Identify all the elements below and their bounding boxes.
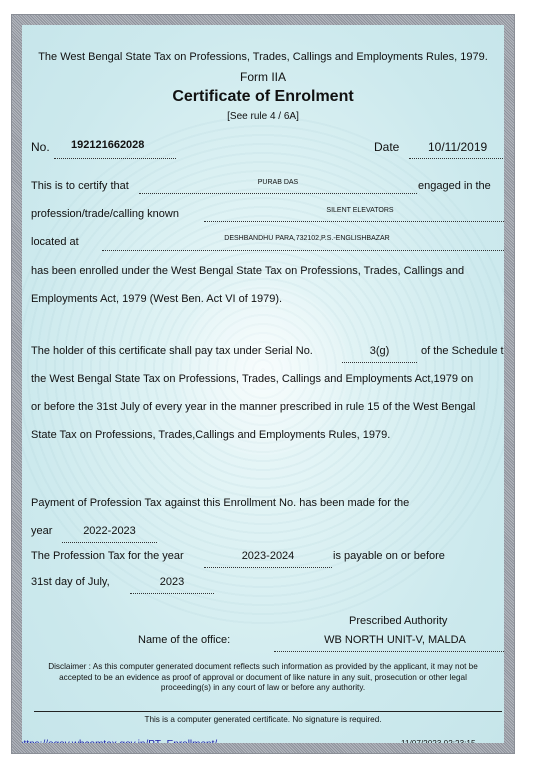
payable-year-underline bbox=[204, 567, 332, 568]
portal-link[interactable]: https://egov.wbcomtax.gov.in/PT_Enrollme… bbox=[22, 739, 217, 743]
payable-year-value: 2023-2024 bbox=[204, 550, 332, 562]
business-name: SILENT ELEVATORS bbox=[204, 207, 504, 214]
office-underline bbox=[274, 651, 504, 652]
office-label: Name of the office: bbox=[138, 634, 230, 646]
enrolled-text-line1: has been enrolled under the West Bengal … bbox=[31, 265, 464, 277]
business-address: DESHBANDHU PARA,732102,P.S.-ENGLISHBAZAR bbox=[102, 235, 504, 242]
certify-prefix: This is to certify that bbox=[31, 180, 129, 192]
enrolment-no-value: 192121662028 bbox=[71, 139, 144, 151]
form-number: Form IIA bbox=[22, 70, 504, 84]
serial-prefix: The holder of this certificate shall pay… bbox=[31, 345, 313, 357]
due-year-underline bbox=[130, 593, 214, 594]
serial-no-underline bbox=[342, 362, 417, 363]
enrolment-no-underline bbox=[54, 158, 176, 159]
certificate-border: The West Bengal State Tax on Professions… bbox=[11, 14, 515, 754]
generated-timestamp: 11/07/2023 02:23:15 bbox=[401, 739, 476, 743]
date-value: 10/11/2019 bbox=[428, 140, 487, 154]
payable-prefix: The Profession Tax for the year bbox=[31, 550, 184, 562]
prescribed-authority: Prescribed Authority bbox=[349, 615, 447, 627]
payment-text: Payment of Profession Tax against this E… bbox=[31, 497, 409, 509]
page-title: Certificate of Enrolment bbox=[22, 88, 504, 106]
rules-title: The West Bengal State Tax on Professions… bbox=[22, 51, 504, 63]
disclaimer-line3: proceeding(s) in any court of law or bef… bbox=[22, 683, 504, 694]
due-date-prefix: 31st day of July, bbox=[31, 576, 110, 588]
computer-generated-note: This is a computer generated certificate… bbox=[22, 715, 504, 724]
certify-suffix: engaged in the bbox=[418, 180, 491, 192]
date-underline bbox=[409, 158, 504, 159]
disclaimer-line1: Disclaimer : As this computer generated … bbox=[22, 662, 504, 673]
due-year-value: 2023 bbox=[130, 576, 214, 588]
location-label: located at bbox=[31, 236, 79, 248]
enrolment-no-label: No. bbox=[31, 140, 50, 154]
disclaimer: Disclaimer : As this computer generated … bbox=[22, 662, 504, 694]
date-label: Date bbox=[374, 140, 399, 154]
paid-year-value: 2022-2023 bbox=[62, 525, 157, 537]
paid-year-underline bbox=[62, 542, 157, 543]
business-address-underline bbox=[102, 250, 504, 251]
office-value: WB NORTH UNIT-V, MALDA bbox=[274, 634, 504, 646]
enrolled-text-line2: Employments Act, 1979 (West Ben. Act VI … bbox=[31, 293, 282, 305]
rule-reference: [See rule 4 / 6A] bbox=[22, 111, 504, 122]
holder-name-underline bbox=[139, 193, 417, 194]
holder-name: PURAB DAS bbox=[139, 179, 417, 186]
profession-label: profession/trade/calling known bbox=[31, 208, 179, 220]
serial-no-value: 3(g) bbox=[342, 345, 417, 357]
business-name-underline bbox=[204, 221, 504, 222]
holder-text-line3: or before the 31st July of every year in… bbox=[31, 401, 475, 413]
certificate-paper: The West Bengal State Tax on Professions… bbox=[22, 25, 504, 743]
payable-suffix: is payable on or before bbox=[333, 550, 445, 562]
holder-text-line2: the West Bengal State Tax on Professions… bbox=[31, 373, 473, 385]
serial-suffix: of the Schedule to bbox=[421, 345, 504, 357]
footer-divider bbox=[34, 711, 502, 712]
paid-year-label: year bbox=[31, 525, 52, 537]
holder-text-line4: State Tax on Professions, Trades,Calling… bbox=[31, 429, 390, 441]
disclaimer-line2: accepted to be an evidence as proof of a… bbox=[22, 673, 504, 684]
